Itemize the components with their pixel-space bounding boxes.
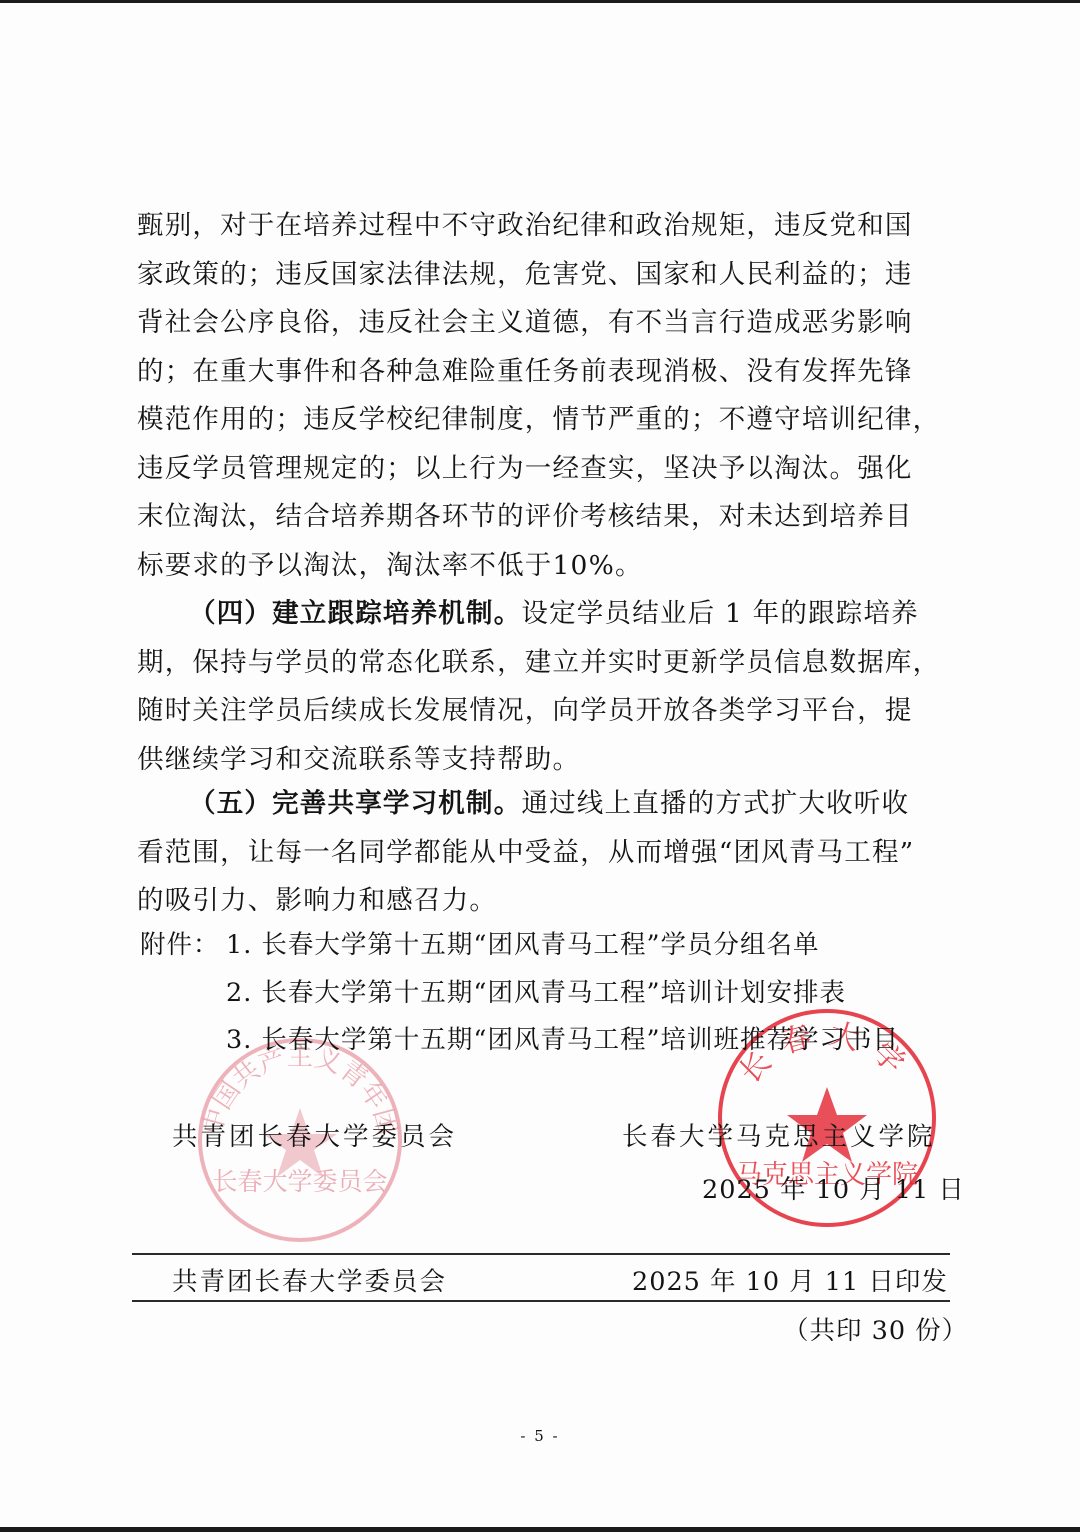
attachment-item-2: 2. 长春大学第十五期“团风青马工程”培训计划安排表: [226, 973, 846, 1009]
footer-bottom-rule: [132, 1300, 950, 1302]
attachment-item-1: 1. 长春大学第十五期“团风青马工程”学员分组名单: [226, 925, 820, 961]
page-number: - 5 -: [0, 1427, 1080, 1445]
text-line: （四）建立跟踪培养机制。设定学员结业后 1 年的跟踪培养: [137, 590, 945, 639]
svg-text:长春大学委员会: 长春大学委员会: [212, 1167, 387, 1196]
section-4-paragraph: （四）建立跟踪培养机制。设定学员结业后 1 年的跟踪培养 期，保持与学员的常态化…: [137, 590, 945, 784]
section-5-paragraph: （五）完善共享学习机制。通过线上直播的方式扩大收听收 看范围，让每一名同学都能从…: [137, 780, 945, 926]
text-line: 看范围，让每一名同学都能从中受益，从而增强“团风青马工程”: [137, 829, 945, 878]
section-4-first-line: 设定学员结业后 1 年的跟踪培养: [521, 598, 918, 629]
attachments-label: 附件：: [140, 925, 220, 961]
section-5-heading: （五）完善共享学习机制。: [189, 788, 521, 819]
bottom-edge: [0, 1527, 1080, 1532]
text-line: 期，保持与学员的常态化联系，建立并实时更新学员信息数据库，: [137, 639, 945, 688]
section-4-heading: （四）建立跟踪培养机制。: [189, 598, 521, 629]
text-line: 模范作用的；违反学校纪律制度，情节严重的；不遵守培训纪律，: [137, 396, 945, 445]
text-line: 标要求的予以淘汰，淘汰率不低于10%。: [137, 542, 945, 591]
text-line: 的；在重大事件和各种急难险重任务前表现消极、没有发挥先锋: [137, 348, 945, 397]
text-line: 随时关注学员后续成长发展情况，向学员开放各类学习平台，提: [137, 687, 945, 736]
footer-copies: （共印 30 份）: [783, 1311, 968, 1347]
text-line: 违反学员管理规定的；以上行为一经查实，坚决予以淘汰。强化: [137, 445, 945, 494]
footer-top-rule: [132, 1253, 950, 1255]
signature-date: 2025 年 10 月 11 日: [702, 1170, 965, 1206]
footer-issuer: 共青团长春大学委员会: [172, 1262, 447, 1298]
text-line: 家政策的；违反国家法律法规，危害党、国家和人民利益的；违: [137, 251, 945, 300]
footer-issue-date: 2025 年 10 月 11 日印发: [632, 1262, 948, 1298]
signature-right-org: 长春大学马克思主义学院: [622, 1117, 936, 1153]
discipline-paragraph: 甄别，对于在培养过程中不守政治纪律和政治规矩，违反党和国 家政策的；违反国家法律…: [137, 202, 945, 590]
text-line: 甄别，对于在培养过程中不守政治纪律和政治规矩，违反党和国: [137, 202, 945, 251]
attachment-item-3: 3. 长春大学第十五期“团风青马工程”培训班推荐学习书目: [226, 1020, 899, 1056]
text-line: 末位淘汰，结合培养期各环节的评价考核结果，对未达到培养目: [137, 493, 945, 542]
text-line: （五）完善共享学习机制。通过线上直播的方式扩大收听收: [137, 780, 945, 829]
text-line: 供继续学习和交流联系等支持帮助。: [137, 736, 945, 785]
text-line: 背社会公序良俗，违反社会主义道德，有不当言行造成恶劣影响: [137, 299, 945, 348]
text-line: 的吸引力、影响力和感召力。: [137, 877, 945, 926]
top-edge: [0, 0, 1080, 3]
section-5-first-line: 通过线上直播的方式扩大收听收: [521, 788, 909, 819]
signature-left-org: 共青团长春大学委员会: [172, 1117, 457, 1153]
